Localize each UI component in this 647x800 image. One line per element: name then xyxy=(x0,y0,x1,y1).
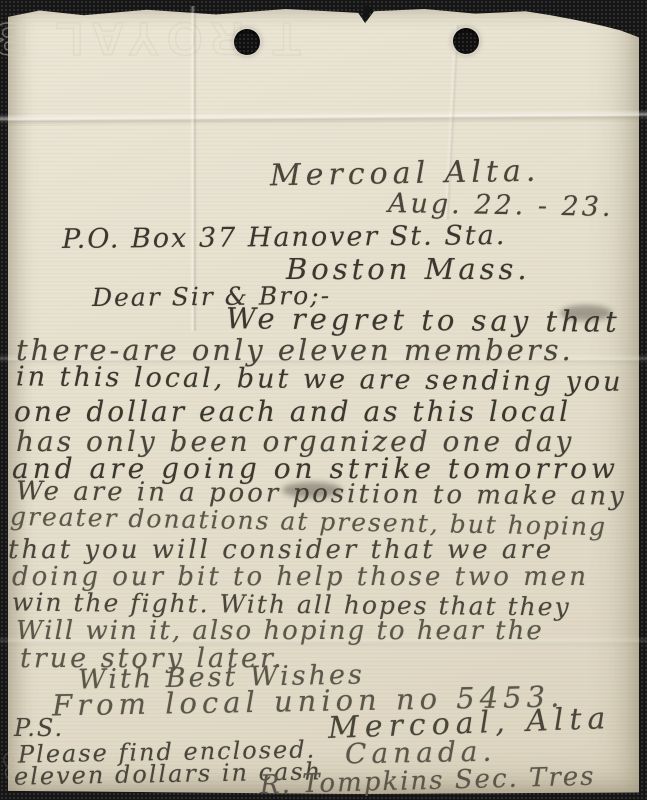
body-line: that you will consider that we are xyxy=(8,535,554,565)
punch-hole-right xyxy=(453,28,479,54)
body-line: one dollar each and as this local xyxy=(14,395,571,428)
body-line: Will win it, also hoping to hear the xyxy=(16,616,544,646)
body-line: in this local, but we are sending you xyxy=(16,361,624,397)
postscript-label: P.S. xyxy=(14,714,64,742)
ink-smudge xyxy=(282,482,342,498)
letter-date: Aug. 22. - 23. xyxy=(388,188,614,223)
ink-smudge xyxy=(560,305,612,321)
punch-hole-left xyxy=(234,29,260,55)
scan-background: T ROYAL B ROYAL B Mercoal Alta. Aug. 22.… xyxy=(0,0,647,800)
recipient-address-line1: P.O. Box 37 Hanover St. Sta. xyxy=(62,220,507,255)
